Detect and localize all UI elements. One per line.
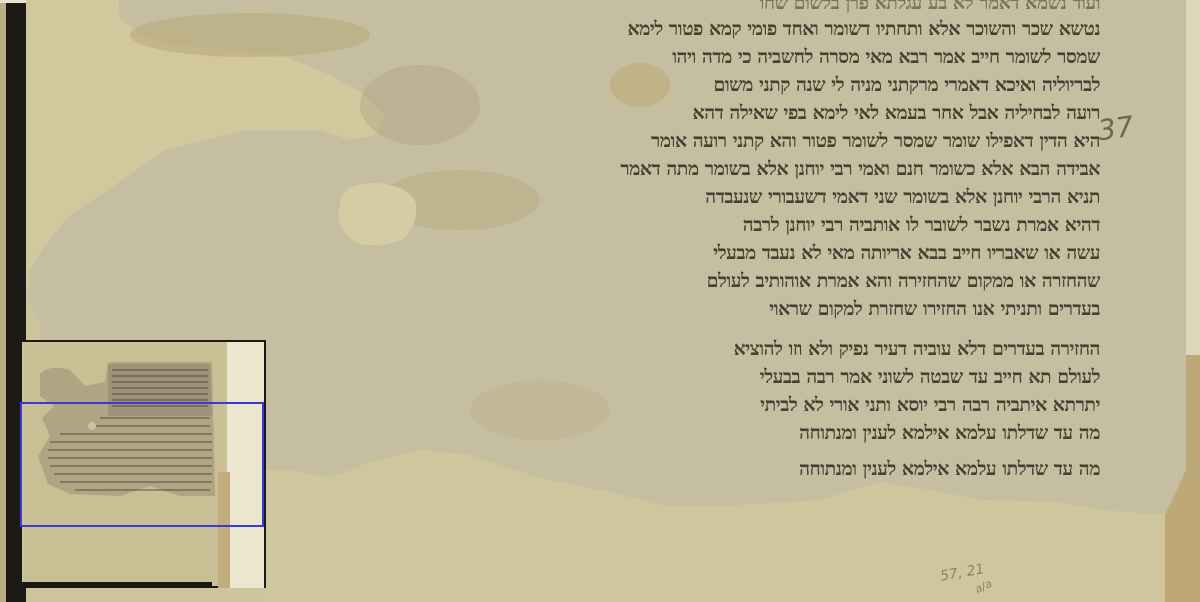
navigator-viewport-rectangle[interactable] bbox=[20, 402, 264, 527]
text-line: מה עד שדלתו עלמא אילמא לענין ומנתוחה bbox=[270, 422, 1100, 445]
text-line: נטשא שכר והשוכר אלא ותחתיו דשומר ואחד פו… bbox=[120, 18, 1100, 41]
text-line: היא הדין דאפילו שומר שמסר לשומר פטור והא… bbox=[200, 130, 1100, 153]
text-line: רועה לבחיליה אבל אחר בעמא לאי לימא בפי ש… bbox=[380, 102, 1100, 125]
text-line: בעדרים ותניתי אנו החזירו שחזרת למקום שרא… bbox=[70, 298, 1100, 321]
folio-number: 37 bbox=[1096, 110, 1136, 148]
text-line: לעולם תא חייב עד שבטה לשוני אמר רבה בבעל… bbox=[270, 366, 1100, 389]
image-viewer-canvas[interactable]: ועוד נשמא דאמר לא בע עגלתא פרן בלשום שחו… bbox=[0, 0, 1200, 602]
text-line: החזירה בעדרים דלא עוביה דעיר נפיק ולא וז… bbox=[270, 338, 1100, 361]
text-line: דהיא אמרת נשבר לשובר לו אותביה רבי יוחנן… bbox=[90, 214, 1100, 237]
text-line: עשה או שאבריו חייב בבא אריותה מאי לא נעב… bbox=[40, 242, 1100, 265]
text-line: ועוד נשמא דאמר לא בע עגלתא פרן בלשום שחו bbox=[120, 0, 1100, 15]
text-line: יתרתא איתביה רבה רבי יוסא ותני אורי לא ל… bbox=[270, 394, 1100, 417]
navigator-bottom-edge bbox=[22, 582, 212, 586]
text-line: אבידה הבא אלא כשומר חנם ואמי רבי יוחנן א… bbox=[140, 158, 1100, 181]
text-line: מה עד שדלתו עלמא אילמא לענין ומנתוחה bbox=[280, 458, 1100, 481]
text-line: תניא הרבי יוחנן אלא בשומר שני דאמי דשעבו… bbox=[110, 186, 1100, 209]
text-line: שהחזרה או ממקום שהחזירה והא אמרת אוהותיב… bbox=[50, 270, 1100, 293]
text-line: שמסר לשומר חייב אמר רבא מאי מסרה לחשביה … bbox=[360, 46, 1100, 69]
text-line: לבריוליה ואיכא דאמרי מרקתני מניה לי שנה … bbox=[370, 74, 1100, 97]
